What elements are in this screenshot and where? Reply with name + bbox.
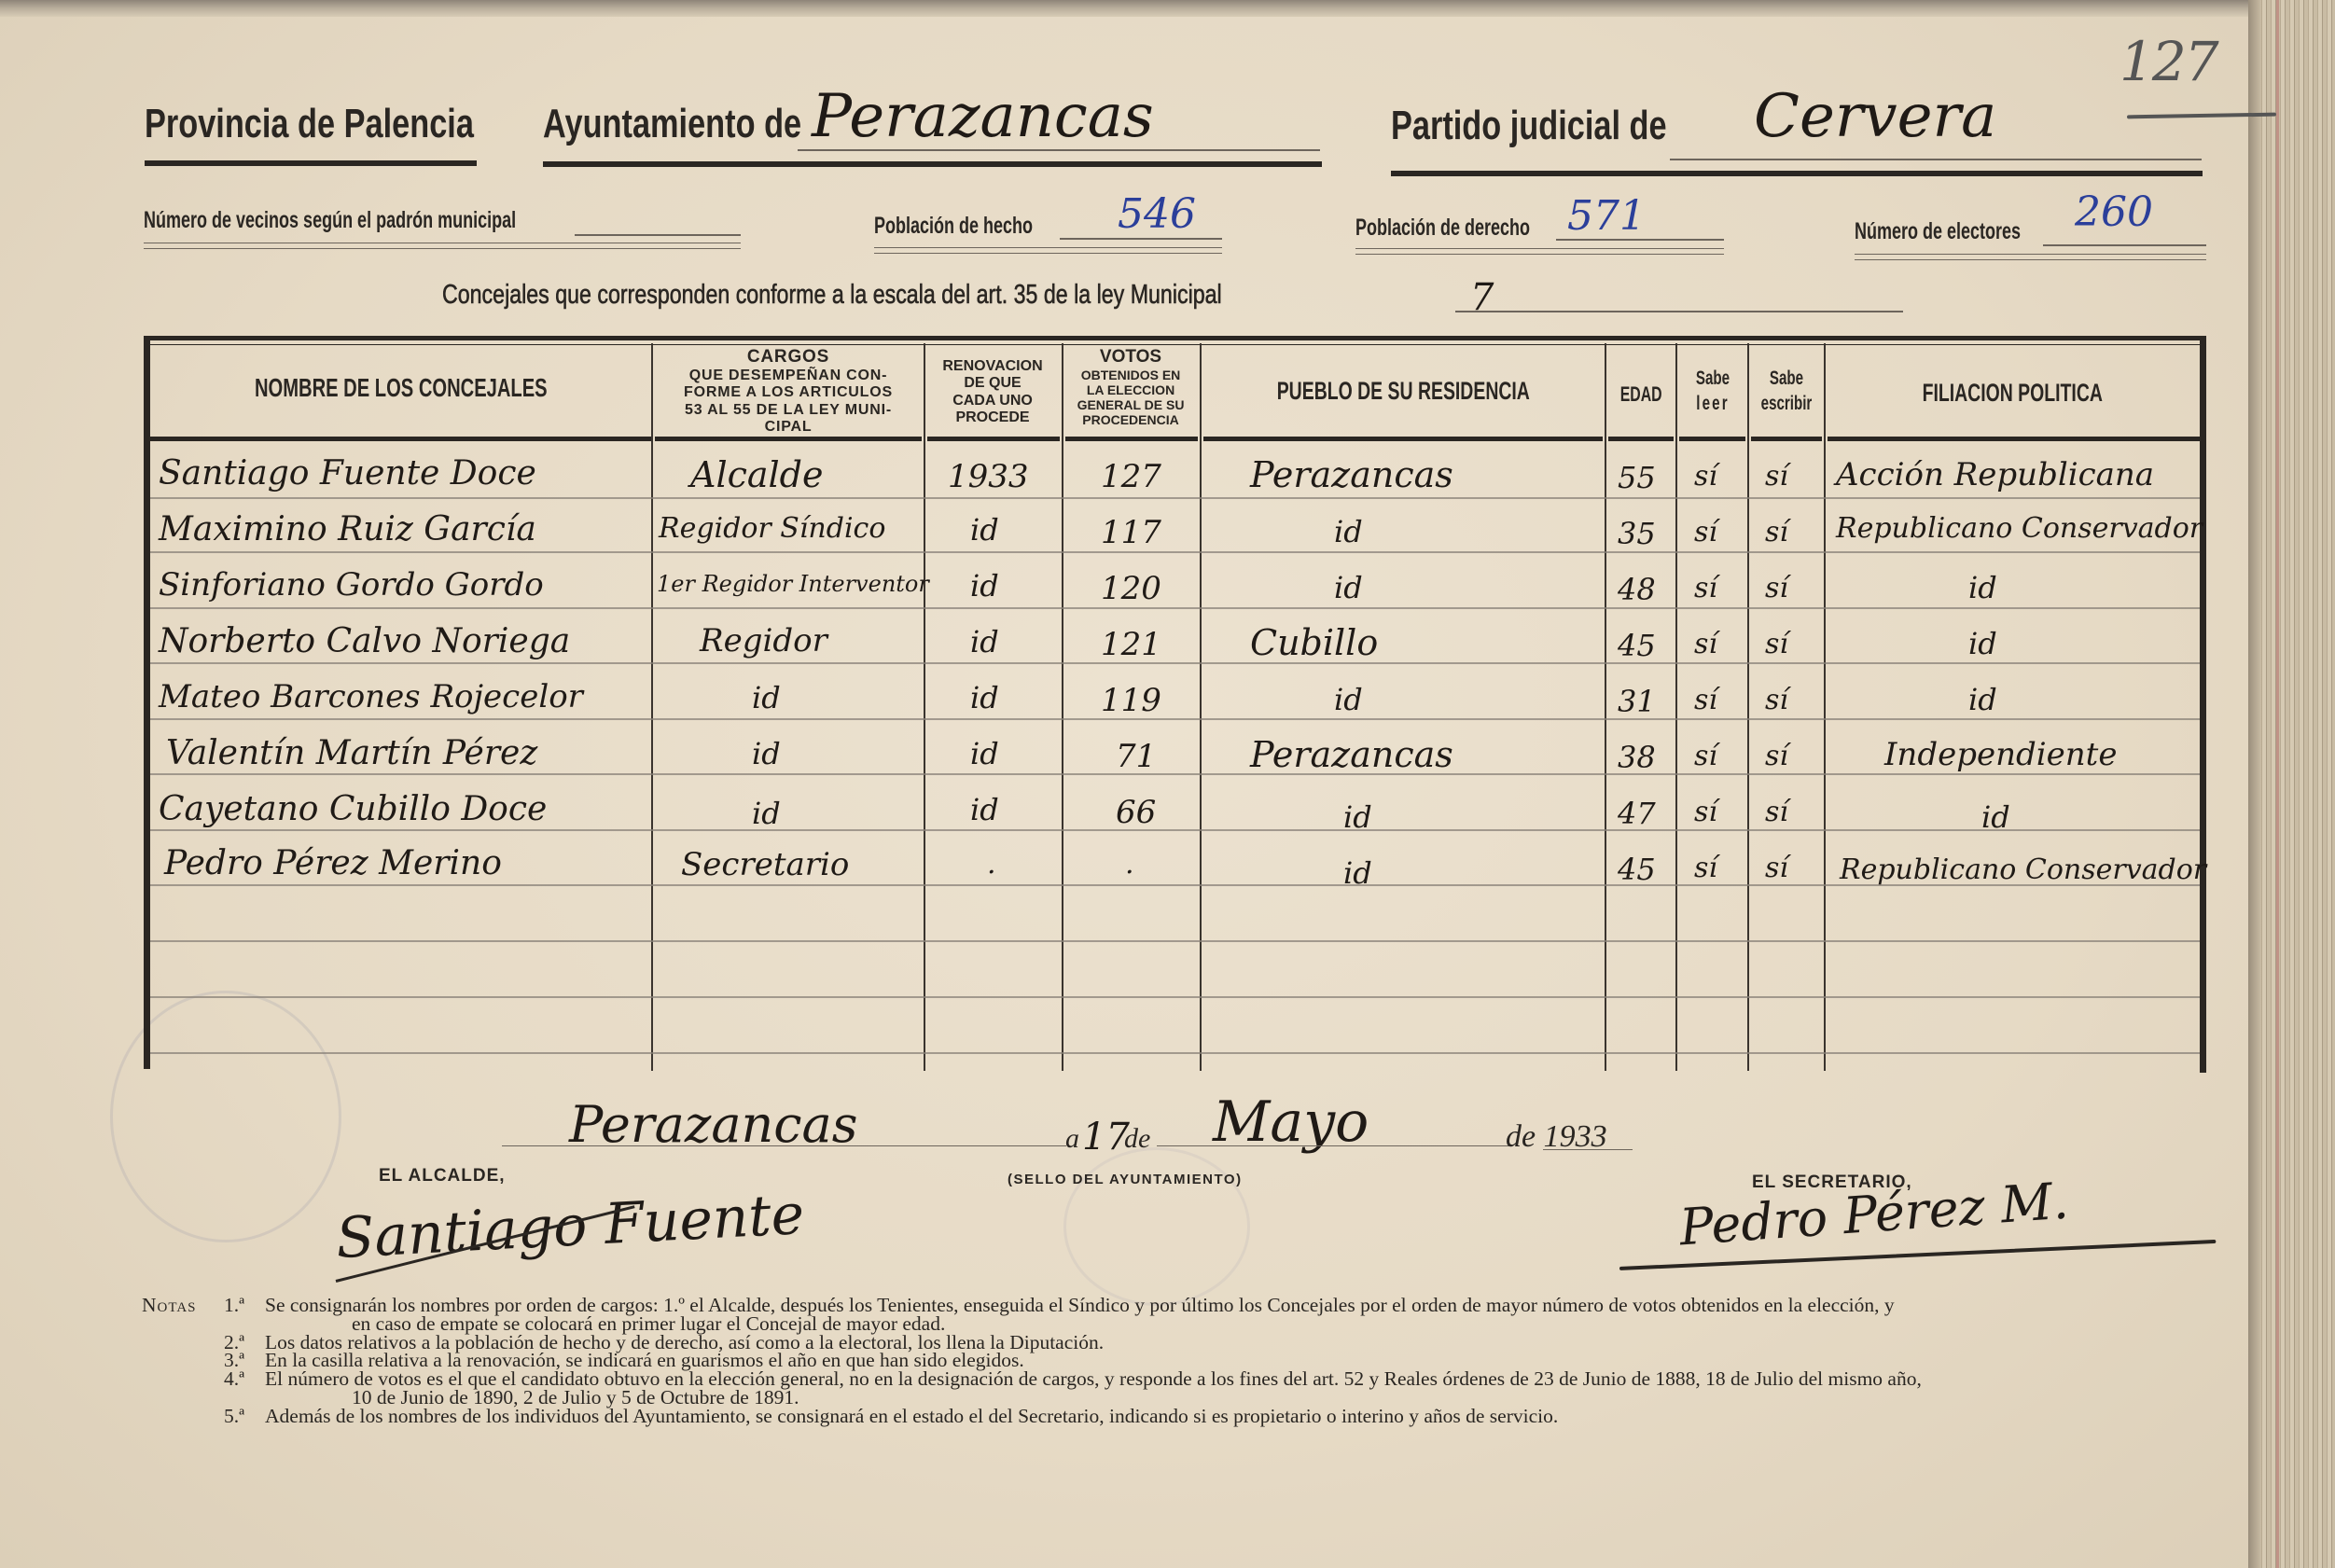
cell-pueblo[interactable]: id	[1334, 517, 1363, 547]
note-number: 4.ª	[224, 1370, 265, 1389]
derecho-rule-1	[1556, 239, 1724, 241]
cell-leer[interactable]: sí	[1694, 463, 1717, 491]
concejales-field-line	[1455, 311, 1903, 312]
dateline-a-label: a	[1065, 1123, 1079, 1155]
col-divider-6	[1675, 343, 1677, 1071]
cell-nombre[interactable]: Maximino Ruiz García	[159, 513, 536, 547]
cell-votos[interactable]: .	[1125, 851, 1134, 879]
cell-escribir[interactable]: sí	[1765, 854, 1788, 882]
cell-leer[interactable]: sí	[1694, 687, 1717, 715]
cell-escribir[interactable]: sí	[1765, 742, 1788, 770]
cell-votos[interactable]: 121	[1101, 629, 1161, 660]
table-left-border	[144, 336, 150, 1069]
header-cargos: CARGOS QUE DESEMPEÑAN CON- FORME A LOS A…	[653, 347, 924, 436]
header-sabe-leer: Sabe leer	[1677, 366, 1748, 417]
header-votos: VOTOS OBTENIDOS EN LA ELECCION GENERAL D…	[1062, 347, 1200, 427]
electores-label: Número de electores	[1855, 218, 2021, 245]
cell-escribir[interactable]: sí	[1765, 687, 1788, 715]
vecinos-label: Número de vecinos según el padrón munici…	[144, 207, 516, 234]
cell-filiacion[interactable]: Republicano Conservador	[1836, 515, 2203, 543]
cell-renovacion[interactable]: id	[970, 795, 999, 825]
header-sabe-escribir: Sabe escribir	[1749, 366, 1824, 417]
cell-edad[interactable]: 48	[1618, 575, 1656, 604]
derecho-rule-3	[1355, 254, 1724, 255]
cell-pueblo[interactable]: id	[1334, 685, 1363, 715]
provincia-label: Provincia de Palencia	[145, 101, 474, 147]
provincia-heading: Provincia de Palencia	[145, 101, 566, 147]
cell-pueblo[interactable]: Cubillo	[1250, 625, 1378, 660]
row-line-7	[150, 829, 2200, 831]
col-divider-3	[1062, 343, 1063, 1071]
cell-renovacion[interactable]: id	[970, 515, 999, 545]
ayuntamiento-underline	[543, 161, 1322, 167]
row-line-4	[150, 662, 2200, 664]
dateline-place-line	[502, 1145, 1066, 1146]
partido-value[interactable]: Cervera	[1754, 82, 1996, 151]
page-top-edge	[0, 0, 2276, 17]
cell-renovacion[interactable]: 1933	[948, 461, 1029, 493]
cell-cargo[interactable]: Secretario	[681, 849, 849, 881]
cell-renovacion[interactable]: id	[970, 739, 999, 769]
electores-value[interactable]: 260	[2075, 188, 2153, 236]
cell-cargo[interactable]: id	[752, 739, 781, 769]
cell-pueblo[interactable]: id	[1343, 858, 1372, 888]
header-pueblo: PUEBLO DE SU RESIDENCIA	[1202, 377, 1605, 406]
hecho-label: Población de hecho	[874, 213, 1033, 240]
hecho-rule-1	[1060, 238, 1222, 240]
cell-nombre[interactable]: Pedro Pérez Merino	[164, 847, 502, 881]
header-filiacion: FILIACION POLITICA	[1826, 379, 2200, 408]
table-top-border	[144, 336, 2205, 340]
cell-filiacion[interactable]: id	[1981, 802, 2010, 832]
electores-rule-3	[1855, 259, 2206, 260]
cell-filiacion[interactable]: Acción Republicana	[1836, 459, 2154, 491]
table-right-border	[2200, 336, 2206, 1073]
ayuntamiento-label: Ayuntamiento de	[543, 101, 801, 147]
cell-votos[interactable]: 117	[1101, 517, 1161, 548]
cell-renovacion[interactable]: id	[970, 571, 999, 601]
note-text: Además de los nombres de los individuos …	[265, 1408, 2250, 1426]
cell-pueblo[interactable]: id	[1343, 802, 1372, 832]
cell-nombre[interactable]: Mateo Barcones Rojecelor	[159, 681, 583, 713]
cell-filiacion[interactable]: id	[1968, 685, 1997, 715]
header-rule-edad	[1608, 437, 1674, 441]
col-divider-5	[1605, 343, 1606, 1071]
cell-leer[interactable]: sí	[1694, 631, 1717, 659]
notes-section: Notas 1.ª Se consignarán los nombres por…	[142, 1297, 2250, 1426]
col-divider-7	[1747, 343, 1749, 1071]
cell-escribir[interactable]: sí	[1765, 798, 1788, 826]
book-page-edges	[2248, 0, 2335, 1568]
cell-escribir[interactable]: sí	[1765, 631, 1788, 659]
cell-nombre[interactable]: Norberto Calvo Noriega	[159, 625, 570, 659]
cell-pueblo[interactable]: Perazancas	[1250, 737, 1453, 772]
cell-votos[interactable]: 120	[1101, 573, 1161, 604]
row-line-3	[150, 607, 2200, 609]
vecinos-rule-1	[144, 243, 741, 243]
vecinos-rule-2	[144, 248, 741, 249]
cell-renovacion[interactable]: id	[970, 627, 999, 657]
hecho-rule-3	[874, 253, 1222, 254]
col-divider-2	[924, 343, 925, 1071]
ayuntamiento-field-line	[798, 149, 1320, 151]
note-number: 5.ª	[224, 1408, 265, 1426]
concejales-label: Concejales que corresponden conforme a l…	[442, 280, 1222, 311]
cell-votos[interactable]: 71	[1116, 741, 1156, 772]
cell-edad[interactable]: 38	[1618, 742, 1656, 772]
cell-cargo[interactable]: Regidor	[700, 625, 827, 657]
dateline-month-line	[1157, 1145, 1511, 1146]
col-divider-1	[651, 343, 653, 1071]
cell-edad[interactable]: 45	[1618, 854, 1656, 884]
cell-filiacion[interactable]: Republicano Conservador	[1840, 856, 2206, 884]
cell-leer[interactable]: sí	[1694, 798, 1717, 826]
notes-label: Notas	[142, 1297, 224, 1315]
partido-heading: Partido judicial de	[1391, 103, 1744, 149]
cell-nombre[interactable]: Santiago Fuente Doce	[159, 457, 536, 491]
dateline-de-label: de	[1124, 1123, 1150, 1155]
row-line-2	[150, 551, 2200, 553]
alcalde-label: EL ALCALDE,	[379, 1166, 506, 1186]
cell-renovacion[interactable]: .	[987, 851, 996, 879]
col-divider-4	[1200, 343, 1202, 1071]
cell-edad[interactable]: 31	[1618, 687, 1656, 716]
sello-label: (SELLO DEL AYUNTAMIENTO)	[1008, 1172, 1243, 1187]
cell-filiacion[interactable]: id	[1968, 629, 1997, 659]
cell-votos[interactable]: 66	[1116, 797, 1156, 828]
header-renovacion: RENOVACION DE QUE CADA UNO PROCEDE	[924, 358, 1062, 427]
header-rule-escribir	[1751, 437, 1822, 441]
header-rule-votos	[1065, 437, 1198, 441]
cell-renovacion[interactable]: id	[970, 683, 999, 713]
row-line-1	[150, 497, 2200, 499]
cell-nombre[interactable]: Valentín Martín Pérez	[166, 737, 537, 770]
cell-cargo[interactable]: id	[752, 798, 781, 828]
cell-edad[interactable]: 35	[1618, 519, 1656, 548]
red-margin-line	[2276, 0, 2279, 1568]
hecho-value[interactable]: 546	[1118, 190, 1196, 238]
cell-nombre[interactable]: Cayetano Cubillo Doce	[159, 793, 547, 826]
header-edad: EDAD	[1606, 382, 1675, 406]
folio-number: 127	[2120, 30, 2217, 93]
cell-cargo[interactable]: 1er Regidor Interventor	[657, 573, 929, 595]
cell-votos[interactable]: 127	[1101, 461, 1161, 493]
header-rule-renov	[927, 437, 1060, 441]
header-rule-pueblo	[1203, 437, 1603, 441]
electores-rule-2	[1855, 254, 2206, 255]
header-rule-cargos	[655, 437, 922, 441]
cell-escribir[interactable]: sí	[1765, 463, 1788, 491]
cell-cargo[interactable]: Regidor Síndico	[659, 515, 885, 543]
cell-escribir[interactable]: sí	[1765, 519, 1788, 547]
derecho-rule-2	[1355, 248, 1724, 249]
header-rule-leer	[1679, 437, 1745, 441]
provincia-underline	[145, 160, 477, 166]
cell-pueblo[interactable]: Perazancas	[1250, 457, 1453, 493]
cell-votos[interactable]: 119	[1101, 685, 1161, 716]
cell-edad[interactable]: 47	[1618, 798, 1656, 828]
cell-cargo[interactable]: Alcalde	[690, 457, 824, 493]
cell-edad[interactable]: 55	[1618, 463, 1656, 493]
cell-leer[interactable]: sí	[1694, 575, 1717, 603]
cell-leer[interactable]: sí	[1694, 742, 1717, 770]
cell-leer[interactable]: sí	[1694, 854, 1717, 882]
row-line-5	[150, 718, 2200, 720]
derecho-value[interactable]: 571	[1567, 192, 1646, 240]
dateline-year-line	[1543, 1149, 1633, 1150]
table-top-border-2	[144, 344, 2205, 345]
col-divider-8	[1824, 343, 1826, 1071]
electores-rule-1	[2043, 244, 2206, 246]
cell-cargo[interactable]: id	[752, 683, 781, 713]
row-line-10	[150, 996, 2200, 998]
ayuntamiento-value[interactable]: Perazancas	[812, 82, 1154, 151]
dateline-day[interactable]: 17	[1082, 1116, 1130, 1159]
row-line-11	[150, 1052, 2200, 1054]
partido-underline	[1391, 171, 2203, 176]
hecho-rule-2	[874, 247, 1222, 248]
row-line-6	[150, 773, 2200, 775]
note-number: 1.ª	[224, 1297, 265, 1315]
partido-field-line	[1670, 159, 2202, 160]
vecinos-field[interactable]	[575, 234, 741, 236]
concejales-value[interactable]: 7	[1470, 276, 1494, 319]
derecho-label: Población de derecho	[1355, 215, 1530, 242]
cell-filiacion[interactable]: id	[1968, 573, 1997, 603]
cell-pueblo[interactable]: id	[1334, 573, 1363, 603]
partido-label: Partido judicial de	[1391, 103, 1667, 149]
cell-nombre[interactable]: Sinforiano Gordo Gordo	[159, 569, 544, 601]
cell-escribir[interactable]: sí	[1765, 575, 1788, 603]
header-rule-nombre	[150, 437, 651, 441]
row-line-9	[150, 940, 2200, 942]
header-nombre: NOMBRE DE LOS CONCEJALES	[150, 373, 651, 403]
cell-edad[interactable]: 45	[1618, 631, 1656, 660]
cell-leer[interactable]: sí	[1694, 519, 1717, 547]
cell-filiacion[interactable]: Independiente	[1884, 739, 2117, 770]
header-rule-filiacion	[1828, 437, 2200, 441]
